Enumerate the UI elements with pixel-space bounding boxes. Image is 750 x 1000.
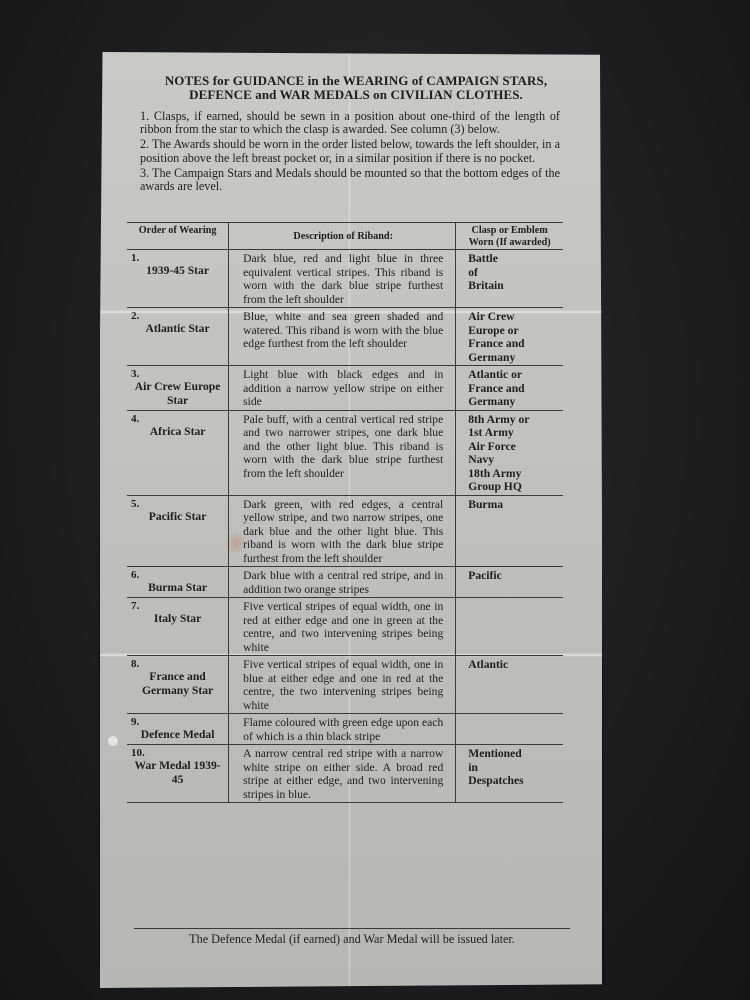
- clasp-cell: [456, 598, 563, 656]
- riband-description: Five vertical stripes of equal width, on…: [229, 656, 456, 714]
- clasp-entry: Despatches: [468, 774, 559, 788]
- clasp-entry: Germany: [468, 351, 559, 365]
- header-clasp: Clasp or Emblem Worn (If awarded): [456, 223, 563, 250]
- award-name: Italy Star: [131, 612, 224, 626]
- order-cell: 4.Africa Star: [127, 410, 229, 495]
- clasp-entry: Air Force: [468, 440, 559, 454]
- order-number: 3.: [131, 368, 224, 380]
- table-row: 5.Pacific StarDark green, with red edges…: [127, 495, 563, 567]
- clasp-cell: BattleofBritain: [456, 250, 563, 308]
- clasp-entry: Britain: [468, 279, 559, 293]
- clasp-entry: Mentioned: [468, 747, 559, 761]
- clasp-cell: Atlantic orFrance andGermany: [456, 366, 563, 411]
- order-number: 1.: [131, 252, 224, 264]
- clasp-entry: Battle: [468, 252, 559, 266]
- riband-description: Blue, white and sea green shaded and wat…: [229, 308, 456, 366]
- table-row: 8.France and Germany StarFive vertical s…: [127, 656, 563, 714]
- order-number: 7.: [131, 600, 224, 612]
- order-number: 10.: [131, 747, 224, 759]
- riband-description: Pale buff, with a central vertical red s…: [229, 410, 456, 495]
- table-row: 10.War Medal 1939-45A narrow central red…: [127, 745, 563, 803]
- riband-description: Light blue with black edges and in addit…: [229, 366, 456, 411]
- table-row: 9.Defence MedalFlame coloured with green…: [127, 714, 563, 745]
- note-1: 1. Clasps, if earned, should be sewn in …: [140, 110, 560, 136]
- clasp-cell: Atlantic: [456, 656, 563, 714]
- clasp-cell: Pacific: [456, 567, 563, 598]
- order-cell: 3.Air Crew Europe Star: [127, 366, 229, 411]
- footer-note: The Defence Medal (if earned) and War Me…: [134, 928, 570, 947]
- order-cell: 1.1939-45 Star: [127, 250, 229, 308]
- title-line-1: NOTES for GUIDANCE in the WEARING of CAM…: [120, 74, 592, 88]
- clasp-entry: in: [468, 761, 559, 775]
- order-number: 4.: [131, 413, 224, 425]
- order-cell: 6.Burma Star: [127, 567, 229, 598]
- order-number: 5.: [131, 498, 224, 510]
- order-number: 6.: [131, 569, 224, 581]
- order-number: 8.: [131, 658, 224, 670]
- clasp-entry: Navy: [468, 453, 559, 467]
- clasp-entry: Burma: [468, 498, 559, 512]
- award-name: Burma Star: [131, 581, 224, 595]
- award-name: France and Germany Star: [131, 670, 224, 697]
- order-cell: 9.Defence Medal: [127, 714, 229, 745]
- clasp-entry: of: [468, 266, 559, 280]
- clasp-entry: 1st Army: [468, 426, 559, 440]
- clasp-entry: France and: [468, 382, 559, 396]
- clasp-cell: Air CrewEurope orFrance andGermany: [456, 308, 563, 366]
- clasp-entry: Europe or: [468, 324, 559, 338]
- award-name: 1939-45 Star: [131, 264, 224, 278]
- award-name: Atlantic Star: [131, 322, 224, 336]
- riband-description: Dark blue, red and light blue in three e…: [229, 250, 456, 308]
- clasp-entry: France and: [468, 337, 559, 351]
- clasp-entry: Group HQ: [468, 480, 559, 494]
- table-row: 7.Italy StarFive vertical stripes of equ…: [127, 598, 563, 656]
- clasp-entry: 18th Army: [468, 467, 559, 481]
- order-cell: 7.Italy Star: [127, 598, 229, 656]
- order-cell: 10.War Medal 1939-45: [127, 745, 229, 803]
- clasp-cell: Burma: [456, 495, 563, 567]
- order-number: 9.: [131, 716, 224, 728]
- guidance-notes: 1. Clasps, if earned, should be sewn in …: [140, 110, 560, 195]
- clasp-entry: Pacific: [468, 569, 559, 583]
- order-number: 2.: [131, 310, 224, 322]
- table-row: 4.Africa StarPale buff, with a central v…: [127, 410, 563, 495]
- award-name: War Medal 1939-45: [131, 759, 224, 786]
- header-description: Description of Riband:: [229, 223, 456, 250]
- document-title: NOTES for GUIDANCE in the WEARING of CAM…: [120, 74, 592, 102]
- note-3: 3. The Campaign Stars and Medals should …: [140, 167, 560, 193]
- order-cell: 2.Atlantic Star: [127, 308, 229, 366]
- clasp-entry: Atlantic or: [468, 368, 559, 382]
- title-line-2: DEFENCE and WAR MEDALS on CIVILIAN CLOTH…: [120, 88, 592, 102]
- riband-description: Dark blue with a central red stripe, and…: [229, 567, 456, 598]
- clasp-entry: Germany: [468, 395, 559, 409]
- riband-description: Flame coloured with green edge upon each…: [229, 714, 456, 745]
- paper-hole: [108, 736, 118, 746]
- order-cell: 8.France and Germany Star: [127, 656, 229, 714]
- awards-table-body: 1.1939-45 StarDark blue, red and light b…: [127, 250, 563, 803]
- awards-table: Order of Wearing Description of Riband: …: [127, 222, 563, 803]
- clasp-cell: 8th Army or1st ArmyAir ForceNavy18th Arm…: [456, 410, 563, 495]
- table-header-row: Order of Wearing Description of Riband: …: [127, 223, 563, 250]
- order-cell: 5.Pacific Star: [127, 495, 229, 567]
- clasp-cell: [456, 714, 563, 745]
- riband-description: A narrow central red stripe with a narro…: [229, 745, 456, 803]
- note-2: 2. The Awards should be worn in the orde…: [140, 138, 560, 164]
- table-row: 1.1939-45 StarDark blue, red and light b…: [127, 250, 563, 308]
- clasp-entry: Atlantic: [468, 658, 559, 672]
- table-row: 3.Air Crew Europe StarLight blue with bl…: [127, 366, 563, 411]
- riband-description: Dark green, with red edges, a central ye…: [229, 495, 456, 567]
- clasp-entry: 8th Army or: [468, 413, 559, 427]
- table-row: 2.Atlantic StarBlue, white and sea green…: [127, 308, 563, 366]
- award-name: Air Crew Europe Star: [131, 380, 224, 407]
- award-name: Defence Medal: [131, 728, 224, 742]
- table-row: 6.Burma StarDark blue with a central red…: [127, 567, 563, 598]
- award-name: Africa Star: [131, 425, 224, 439]
- header-order: Order of Wearing: [127, 223, 229, 250]
- riband-description: Five vertical stripes of equal width, on…: [229, 598, 456, 656]
- clasp-entry: Air Crew: [468, 310, 559, 324]
- clasp-cell: MentionedinDespatches: [456, 745, 563, 803]
- award-name: Pacific Star: [131, 510, 224, 524]
- guidance-leaflet: NOTES for GUIDANCE in the WEARING of CAM…: [100, 52, 602, 988]
